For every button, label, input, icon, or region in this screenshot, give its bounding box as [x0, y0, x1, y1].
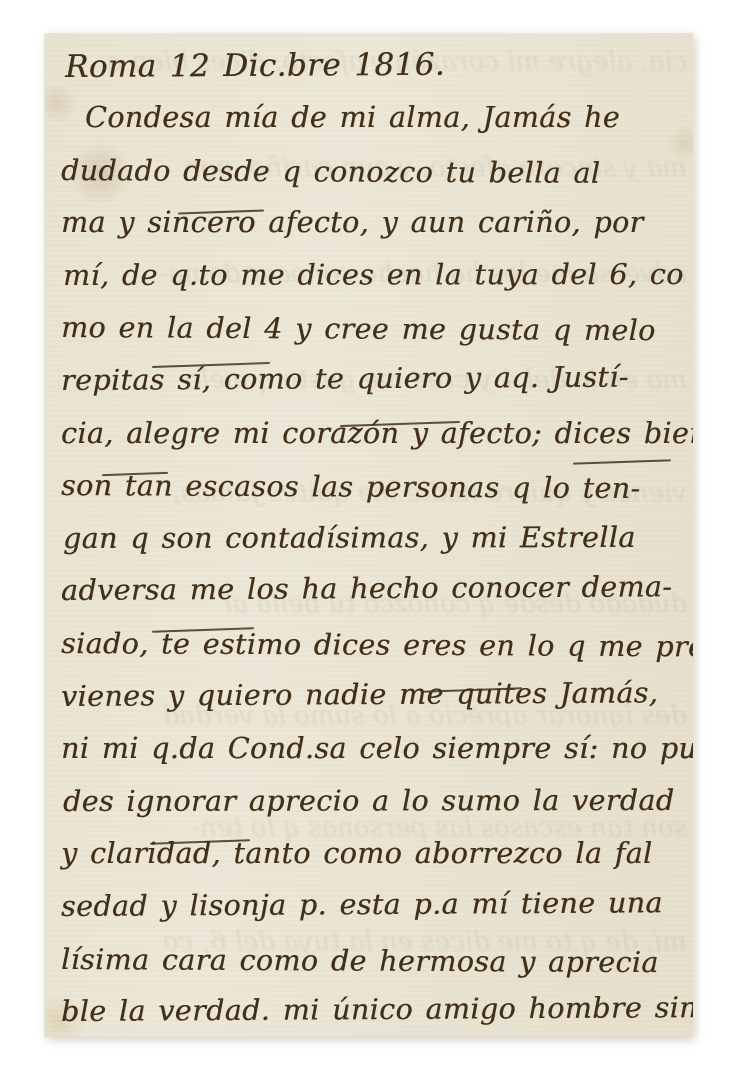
page-background: cia, alegre mi corazón y afecto; dices b…: [0, 0, 729, 1080]
letter-line: vienes y quiero nadie me quites Jamás,: [61, 667, 683, 723]
letter-line: adversa me los ha hecho conocer dema-: [61, 562, 683, 618]
letter-line: son tan escasos las personas q lo ten-: [61, 460, 683, 516]
letter-line: lísima cara como de hermosa y aprecia: [61, 934, 683, 990]
letter-line: ma y sincero afecto, y aun cariño, por: [61, 197, 683, 250]
letter-line: siado, te estimo dices eres en lo q me p…: [61, 618, 683, 674]
letter-line: ble la verdad. mi único amigo hombre sin: [61, 982, 683, 1037]
letter-line: dudado desde q conozco tu bella al: [61, 145, 683, 201]
letter-line: des ignorar aprecio a lo sumo la verdad: [63, 775, 685, 829]
letter-line: repitas sí, como te quiero y aq. Justí-: [61, 351, 683, 407]
letter-line: Condesa mía de mi alma, Jamás he: [85, 92, 683, 145]
letter-line: cia, alegre mi corazón y afecto; dices b…: [61, 408, 683, 461]
letter-line: ni mi q.da Cond.sa celo siempre sí: no p…: [61, 723, 683, 776]
letter-body: Roma 12 Dic.bre 1816. Condesa mía de mi …: [45, 33, 693, 1037]
letter-line: mí, de q.to me dices en la tuya del 6, c…: [63, 249, 685, 303]
letter-line: sedad y lisonja p. esta p.a mí tiene una: [61, 877, 683, 933]
letter-dateline: Roma 12 Dic.bre 1816.: [65, 34, 683, 92]
letter-line: mo en la del 4 y cree me gusta q melo: [61, 302, 683, 358]
letter-line: y claridad, tanto como aborrezco la fal: [61, 828, 683, 881]
letter-line: gan q son contadísimas, y mi Estrella: [63, 512, 685, 566]
letter-paper: cia, alegre mi corazón y afecto; dices b…: [45, 33, 693, 1037]
